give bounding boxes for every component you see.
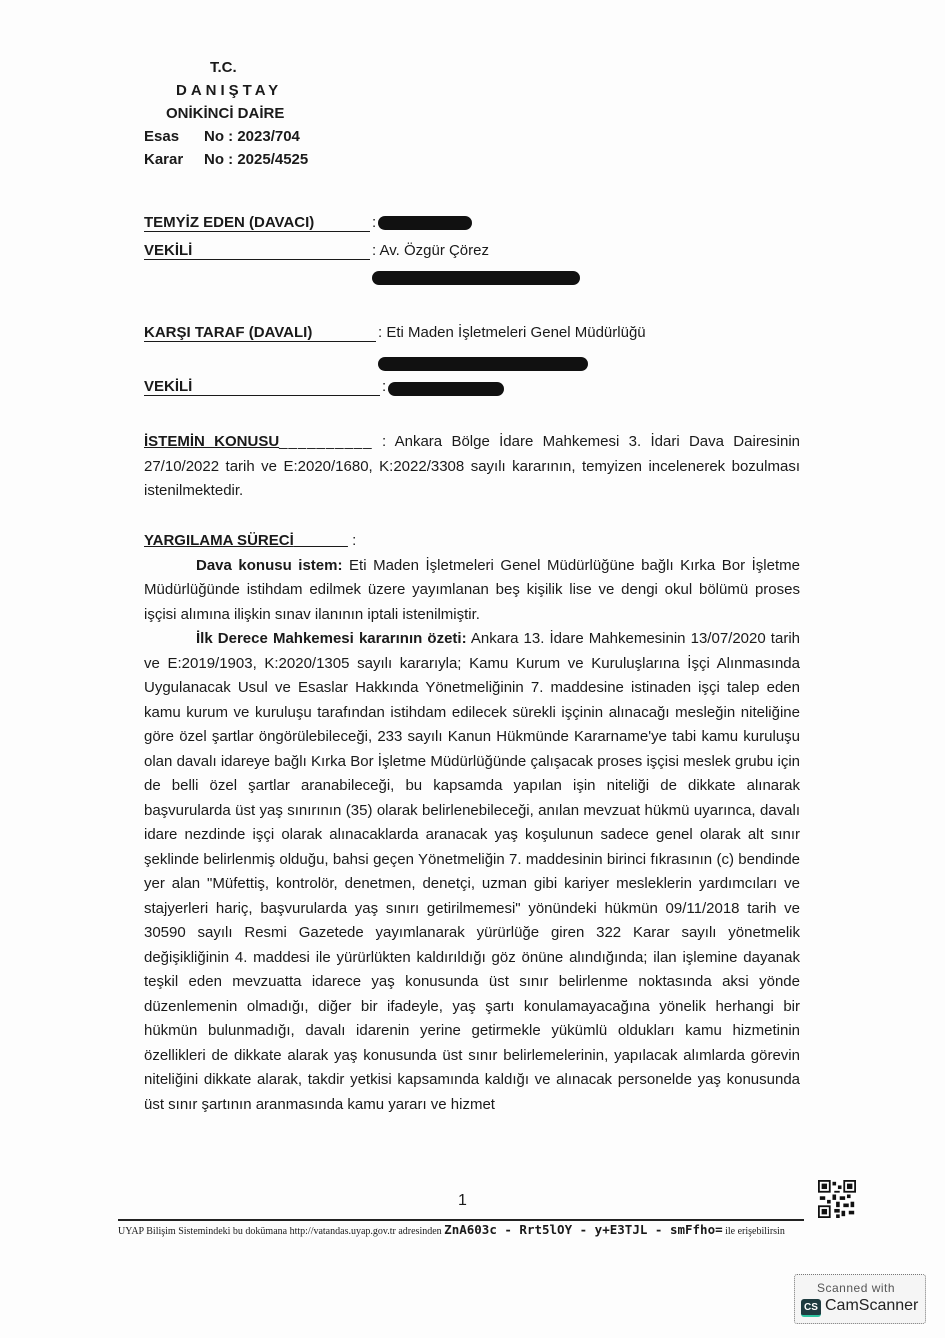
camscanner-watermark: Scanned with CS CamScanner bbox=[794, 1274, 926, 1324]
tc-title: T.C. bbox=[210, 56, 237, 79]
redacted-id-2 bbox=[378, 357, 588, 371]
camscanner-brand: CamScanner bbox=[825, 1297, 918, 1315]
istemin-konusu-section: İSTEMİN KONUSU__________ : Ankara Bölge … bbox=[144, 430, 800, 504]
vekili-label: VEKİLİ bbox=[144, 242, 370, 260]
dava-konusu-lead: Dava konusu istem: bbox=[196, 557, 342, 574]
verification-code: ZnA603c - Rrt5lOY - y+E3TJL - smFfho= bbox=[444, 1222, 722, 1237]
karsi-taraf-label: KARŞI TARAF (DAVALI) bbox=[144, 324, 376, 342]
party-vekili-1: VEKİLİ : Av. Özgür Çörez bbox=[144, 242, 370, 260]
temyiz-eden-label: TEMYİZ EDEN (DAVACI) bbox=[144, 214, 370, 232]
qr-code-icon bbox=[818, 1180, 856, 1218]
yargilama-sureci-label: YARGILAMA SÜRECİ bbox=[144, 532, 294, 549]
scanned-with-text: Scanned with bbox=[817, 1281, 895, 1295]
redacted-name bbox=[378, 216, 472, 230]
vekili-value: : Av. Özgür Çörez bbox=[372, 242, 489, 259]
vekili-2-label: VEKİLİ bbox=[144, 378, 380, 396]
party-temyiz-eden: TEMYİZ EDEN (DAVACI) : bbox=[144, 214, 370, 232]
camscanner-logo-icon: CS bbox=[801, 1299, 821, 1317]
yargilama-sureci-section: YARGILAMA SÜRECİ : Dava konusu istem: Et… bbox=[144, 529, 800, 1117]
page-number: 1 bbox=[458, 1192, 467, 1210]
ilk-derece-paragraph: İlk Derece Mahkemesi kararının özeti: An… bbox=[144, 627, 800, 1117]
document-page: T.C. DANIŞTAY ONİKİNCİ DAİRE EsasNo : 20… bbox=[0, 0, 945, 1338]
dava-konusu-paragraph: Dava konusu istem: Eti Maden İşletmeleri… bbox=[144, 554, 800, 628]
uyap-footer: UYAP Bilişim Sistemindeki bu dokümana ht… bbox=[118, 1222, 785, 1237]
redacted-id bbox=[372, 271, 580, 285]
party-vekili-2: VEKİLİ : bbox=[144, 378, 380, 396]
karar-label: Karar bbox=[144, 148, 204, 171]
ilk-derece-lead: İlk Derece Mahkemesi kararının özeti: bbox=[196, 630, 467, 647]
karar-number: No : 2025/4525 bbox=[204, 151, 308, 168]
istemin-konusu-label: İSTEMİN KONUSU bbox=[144, 433, 279, 450]
karar-row: KararNo : 2025/4525 bbox=[144, 148, 308, 171]
chamber-name: ONİKİNCİ DAİRE bbox=[166, 102, 284, 125]
karsi-taraf-value: : Eti Maden İşletmeleri Genel Müdürlüğü bbox=[378, 324, 646, 341]
footer-divider bbox=[118, 1219, 804, 1221]
court-name: DANIŞTAY bbox=[176, 79, 282, 102]
esas-label: Esas bbox=[144, 125, 204, 148]
redacted-lawyer bbox=[388, 382, 504, 396]
party-karsi-taraf: KARŞI TARAF (DAVALI) : Eti Maden İşletme… bbox=[144, 324, 376, 342]
esas-row: EsasNo : 2023/704 bbox=[144, 125, 300, 148]
esas-number: No : 2023/704 bbox=[204, 128, 300, 145]
